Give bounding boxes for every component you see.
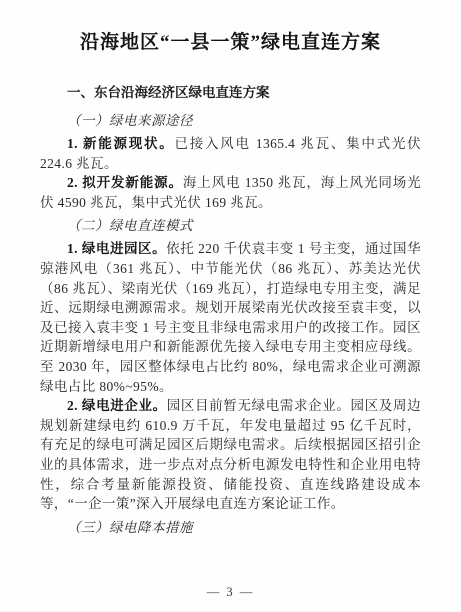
document-content: 沿海地区“一县一策”绿电直连方案 一、东台沿海经济区绿电直连方案 （一）绿电来源… [0,0,461,538]
paragraph: 2. 拟开发新能源。海上风电 1350 兆瓦，海上风光同场光伏 4590 兆瓦，… [40,173,421,212]
paragraph: 1. 绿电进园区。依托 220 千伏袁丰变 1 号主变，通过国华弶港风电（361… [40,239,421,396]
document-page: 沿海地区“一县一策”绿电直连方案 一、东台沿海经济区绿电直连方案 （一）绿电来源… [0,0,461,612]
paragraph-lead: 2. 拟开发新能源。 [67,175,183,190]
paragraph-lead: 1. 绿电进园区。 [67,241,166,256]
paragraph-lead: 2. 绿电进企业。 [67,398,167,413]
document-title: 沿海地区“一县一策”绿电直连方案 [40,30,421,56]
paragraph: 2. 绿电进企业。园区目前暂无绿电需求企业。园区及周边规划新建绿电约 610.9… [40,396,421,514]
subsection-heading-1: （一）绿电来源途径 [40,110,421,131]
section-heading: 一、东台沿海经济区绿电直连方案 [40,82,421,103]
paragraph: 1. 新能源现状。已接入风电 1365.4 兆瓦、集中式光伏 224.6 兆瓦。 [40,134,421,173]
paragraph-text: 依托 220 千伏袁丰变 1 号主变，通过国华弶港风电（361 兆瓦）、中节能光… [40,241,421,393]
paragraph-text: 园区目前暂无绿电需求企业。园区及周边规划新建绿电约 610.9 万千瓦，年发电量… [40,398,421,511]
subsection-heading-3: （三）绿电降本措施 [40,517,421,538]
paragraph-lead: 1. 新能源现状。 [67,136,174,151]
page-number: — 3 — [0,585,461,600]
subsection-heading-2: （二）绿电直连模式 [40,215,421,236]
